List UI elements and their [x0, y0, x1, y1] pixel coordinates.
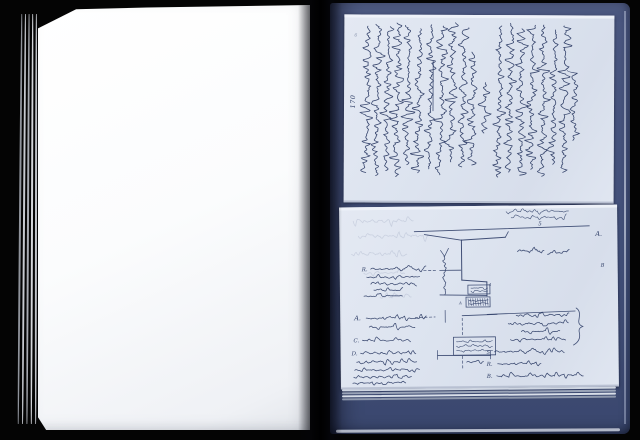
- right-page: 170 6 5 A. B R.A.C.D.SR.B.4A: [330, 3, 630, 434]
- page-right-edge: [624, 11, 626, 424]
- page-edge-line: [30, 14, 33, 424]
- lower-plan-facsimile: 5 A. B R.A.C.D.SR.B.4A: [339, 205, 619, 390]
- svg-text:D.: D.: [351, 351, 358, 357]
- left-blank-page: [38, 5, 310, 430]
- stacked-sheet-edges: [342, 387, 616, 403]
- left-page-edge-stack: [0, 0, 44, 440]
- property-plan-drawing: 5 A. B R.A.C.D.SR.B.4A: [339, 205, 619, 390]
- book-photo: 170 6 5 A. B R.A.C.D.SR.B.4A: [0, 0, 640, 440]
- page-edge-line: [35, 14, 37, 424]
- svg-text:C.: C.: [353, 338, 359, 344]
- svg-text:4: 4: [488, 282, 492, 287]
- manuscript-page-number: 170: [349, 95, 357, 109]
- corner-mark: 6: [354, 32, 357, 38]
- svg-text:A.: A.: [353, 314, 361, 322]
- page-bottom-edge: [336, 428, 620, 432]
- header-mark: 5: [538, 221, 542, 227]
- upper-manuscript-drawing: 170 6: [344, 14, 615, 203]
- upper-manuscript-facsimile: 170 6: [344, 14, 615, 203]
- svg-text:R.: R.: [361, 267, 368, 273]
- margin-letter-a: A.: [594, 230, 602, 238]
- svg-text:A: A: [458, 300, 462, 305]
- page-edge-line: [22, 14, 26, 424]
- svg-text:B.: B.: [486, 374, 493, 380]
- margin-letter-b: B: [600, 263, 605, 269]
- page-edge-line: [26, 14, 30, 424]
- svg-text:R.: R.: [486, 362, 493, 368]
- svg-text:S: S: [487, 350, 491, 356]
